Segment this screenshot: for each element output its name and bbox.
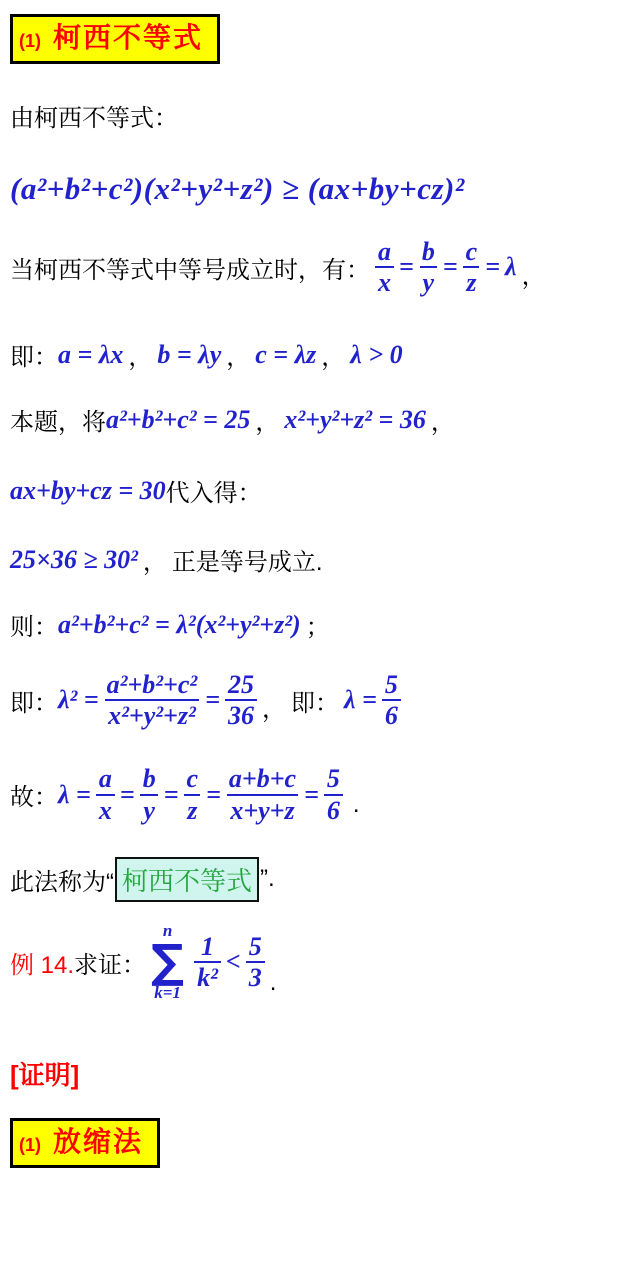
equals-sign: = bbox=[205, 685, 220, 715]
fraction-c-over-z: c z bbox=[463, 237, 481, 297]
less-than-sign: < bbox=[226, 947, 241, 977]
condition-text: 当柯西不等式中等号成立时，有： bbox=[10, 250, 370, 285]
cauchy-inequality-formula: (a²+b²+c²)(x²+y²+z²) ≥ (ax+by+cz)² bbox=[10, 171, 465, 207]
then-line: 则： a²+b²+c² = λ²(x²+y²+z²) ； bbox=[10, 607, 632, 642]
numerator: c bbox=[463, 237, 481, 266]
fraction-squares-ratio: a²+b²+c² x²+y²+z² bbox=[104, 670, 201, 730]
verification-text: 正是等号成立. bbox=[172, 542, 323, 577]
fraction-5-over-6: 5 6 bbox=[324, 764, 343, 824]
then-equation: a²+b²+c² = λ²(x²+y²+z²) bbox=[58, 610, 301, 640]
fraction-sum-ratio: a+b+c x+y+z bbox=[226, 764, 299, 824]
banner-box-fangsuo: (1)放缩法 bbox=[10, 1118, 160, 1168]
semicolon: ； bbox=[306, 607, 330, 642]
banner-title: 放缩法 bbox=[53, 1126, 143, 1157]
highlighted-term: 柯西不等式 bbox=[115, 857, 259, 902]
document: (1)柯西不等式 由柯西不等式： (a²+b²+c²)(x²+y²+z²) ≥ … bbox=[0, 0, 640, 1168]
conclusion-line: 故： λ = a x = b y = c z = a+b+c x+y+z = 5… bbox=[10, 764, 632, 824]
fraction-25-over-36: 25 36 bbox=[225, 670, 257, 730]
denominator: 6 bbox=[324, 794, 343, 825]
comma: ， bbox=[431, 402, 455, 437]
example-line: 例 14. 求证： n ∑ k=1 1 k² < 5 3 . bbox=[10, 922, 632, 1003]
cauchy-inequality-formula-line: (a²+b²+c²)(x²+y²+z²) ≥ (ax+by+cz)² bbox=[10, 171, 632, 207]
given-prefix: 本题，将 bbox=[10, 402, 106, 437]
equals-sign: = bbox=[206, 780, 221, 810]
method-suffix: ”. bbox=[260, 865, 275, 893]
fraction-c-over-z: c z bbox=[184, 764, 202, 824]
comma: ， bbox=[143, 542, 167, 577]
comma: ， bbox=[128, 337, 152, 372]
denominator: 6 bbox=[382, 699, 401, 730]
lambda-condition: λ > 0 bbox=[350, 340, 402, 370]
line-label: 即： bbox=[10, 337, 58, 372]
verification-line: 25×36 ≥ 30² ， 正是等号成立. bbox=[10, 542, 632, 577]
denominator: x bbox=[375, 266, 394, 297]
given-equation-3: ax+by+cz = 30 bbox=[10, 476, 166, 506]
fraction-b-over-y: b y bbox=[419, 237, 438, 297]
section-banner-fangsuo: (1)放缩法 bbox=[10, 1118, 632, 1168]
lambda-squared-line: 即： λ² = a²+b²+c² x²+y²+z² = 25 36 ， 即： λ… bbox=[10, 670, 632, 730]
substitute-suffix: 代入得： bbox=[166, 473, 262, 508]
fraction-b-over-y: b y bbox=[140, 764, 159, 824]
equals-sign: = bbox=[485, 252, 500, 282]
numerator: 1 bbox=[198, 932, 217, 961]
equality-condition-line: 当柯西不等式中等号成立时，有： a x = b y = c z = λ ， bbox=[10, 237, 632, 297]
equals-sign: = bbox=[443, 252, 458, 282]
given-equation-2: x²+y²+z² = 36 bbox=[284, 405, 426, 435]
denominator: x²+y²+z² bbox=[105, 699, 199, 730]
fraction-5-over-6: 5 6 bbox=[382, 670, 401, 730]
numerator: 25 bbox=[225, 670, 257, 699]
sum-lower-limit: k=1 bbox=[154, 984, 181, 1003]
substitution-line: 即： a = λx ， b = λy ， c = λz ， λ > 0 bbox=[10, 337, 632, 372]
numerator: b bbox=[419, 237, 438, 266]
example-label: 例 14. bbox=[10, 945, 74, 980]
denominator: 36 bbox=[225, 699, 257, 730]
numerator: a bbox=[375, 237, 394, 266]
lambda-squared-lhs: λ² = bbox=[58, 685, 99, 715]
method-name-line: 此法称为“ 柯西不等式 ”. bbox=[10, 857, 632, 902]
denominator: x+y+z bbox=[227, 794, 297, 825]
comma: ， bbox=[321, 337, 345, 372]
equation-a: a = λx bbox=[58, 340, 123, 370]
numerator: a bbox=[96, 764, 115, 793]
denominator: x bbox=[96, 794, 115, 825]
verification-inequality: 25×36 ≥ 30² bbox=[10, 545, 138, 575]
numerator: 5 bbox=[246, 932, 265, 961]
denominator: k² bbox=[194, 961, 221, 992]
denominator: z bbox=[184, 794, 200, 825]
numerator: b bbox=[140, 764, 159, 793]
numerator: 5 bbox=[324, 764, 343, 793]
numerator: a+b+c bbox=[226, 764, 299, 793]
denominator: 3 bbox=[246, 961, 265, 992]
line-label: 即： bbox=[10, 683, 58, 718]
period: . bbox=[270, 969, 277, 997]
example-prompt: 求证： bbox=[74, 945, 146, 980]
fraction-1-over-k-squared: 1 k² bbox=[194, 932, 221, 992]
comma: ， bbox=[226, 337, 250, 372]
banner-number: (1) bbox=[19, 1135, 41, 1155]
fraction-a-over-x: a x bbox=[96, 764, 115, 824]
intro-line: 由柯西不等式： bbox=[10, 98, 632, 133]
given-equation-1: a²+b²+c² = 25 bbox=[106, 405, 250, 435]
fraction-a-over-x: a x bbox=[375, 237, 394, 297]
line-label: 则： bbox=[10, 607, 58, 642]
equals-sign: = bbox=[304, 780, 319, 810]
equation-c: c = λz bbox=[255, 340, 316, 370]
given-values-line: 本题，将 a²+b²+c² = 25 ， x²+y²+z² = 36 ， bbox=[10, 402, 632, 437]
summation-symbol: ∑ bbox=[151, 940, 184, 984]
comma: ， bbox=[522, 256, 546, 291]
substitute-line: ax+by+cz = 30 代入得： bbox=[10, 473, 632, 508]
proof-label-line: [证明] bbox=[10, 1055, 632, 1092]
banner-box-cauchy: (1)柯西不等式 bbox=[10, 14, 220, 64]
lambda-lhs: λ = bbox=[58, 780, 91, 810]
comma: ， bbox=[255, 402, 279, 437]
equals-sign: = bbox=[120, 780, 135, 810]
numerator: 5 bbox=[382, 670, 401, 699]
fraction-5-over-3: 5 3 bbox=[246, 932, 265, 992]
summation: n ∑ k=1 bbox=[151, 922, 184, 1003]
banner-title: 柯西不等式 bbox=[53, 22, 203, 53]
intro-text: 由柯西不等式： bbox=[10, 98, 178, 133]
line-label: 故： bbox=[10, 777, 58, 812]
comma: ， bbox=[262, 689, 286, 724]
denominator: y bbox=[140, 794, 158, 825]
lambda-symbol: λ bbox=[505, 252, 517, 282]
line-label: 即： bbox=[291, 683, 339, 718]
equals-sign: = bbox=[164, 780, 179, 810]
proof-label: [证明] bbox=[10, 1055, 79, 1092]
numerator: a²+b²+c² bbox=[104, 670, 201, 699]
lambda-lhs: λ = bbox=[344, 685, 377, 715]
numerator: c bbox=[184, 764, 202, 793]
denominator: z bbox=[463, 266, 479, 297]
denominator: y bbox=[420, 266, 438, 297]
section-banner-cauchy: (1)柯西不等式 bbox=[10, 14, 632, 64]
equation-b: b = λy bbox=[157, 340, 221, 370]
equals-sign: = bbox=[399, 252, 414, 282]
banner-number: (1) bbox=[19, 31, 41, 51]
period: . bbox=[353, 791, 360, 819]
method-prefix: 此法称为“ bbox=[10, 862, 114, 897]
